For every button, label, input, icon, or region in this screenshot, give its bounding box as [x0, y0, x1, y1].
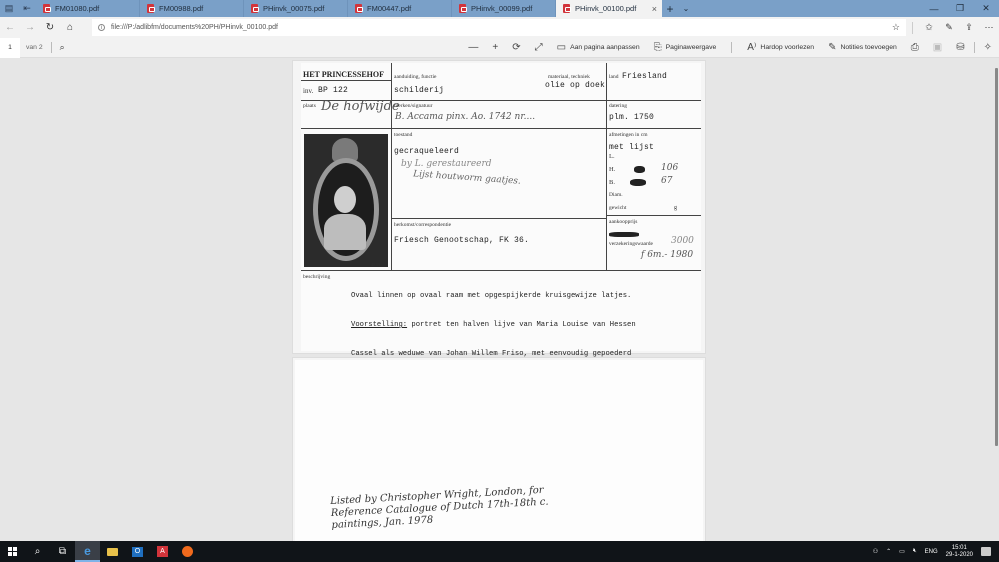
pdf-file-icon: [563, 4, 570, 13]
tab-phinvk-00075[interactable]: PHinvk_00075.pdf: [244, 0, 348, 17]
pen-icon: ✎: [828, 42, 836, 53]
search-button[interactable]: ⌕: [25, 541, 50, 562]
tab-phinvk-00099[interactable]: PHinvk_00099.pdf: [452, 0, 556, 17]
taskbar-outlook[interactable]: O: [125, 541, 150, 562]
share-icon[interactable]: ⇪: [959, 22, 979, 33]
toestand-handwritten-2: Lijst houtworm gaatjes.: [413, 169, 521, 187]
divider: [51, 42, 52, 53]
new-tab-button[interactable]: +: [662, 0, 678, 17]
read-aloud-icon: A⁾: [747, 42, 756, 53]
gewicht-label: gewicht: [609, 205, 626, 211]
save-icon: ▣: [933, 42, 942, 53]
address-bar-row: ← → ↻ ⌂ i file:///P:/adlibfm/documents%2…: [0, 17, 999, 38]
pdf-page-1: HET PRINCESSEHOF inv. BP 122 plaats De h…: [292, 60, 706, 354]
institution-name: HET PRINCESSEHOF: [303, 70, 384, 79]
expand-icon: ⤢: [535, 42, 543, 53]
merken-label: merken/signatuur: [394, 103, 433, 109]
pdf-viewer[interactable]: HET PRINCESSEHOF inv. BP 122 plaats De h…: [0, 58, 999, 541]
taskbar-acrobat[interactable]: A: [150, 541, 175, 562]
divider: [606, 215, 701, 216]
page-view-icon: ⎘: [654, 42, 662, 53]
diam-label: Diam.: [609, 192, 623, 198]
page-number-input[interactable]: 1: [0, 38, 20, 58]
more-icon[interactable]: ⋯: [979, 22, 999, 33]
clock[interactable]: 15:01 29-1-2020: [946, 545, 973, 559]
rotate-icon: ⟳: [512, 42, 520, 53]
scribble: [634, 166, 645, 173]
divider: [974, 42, 975, 53]
save-button[interactable]: ▣: [926, 38, 949, 58]
tab-menu-chevron-icon[interactable]: ⌄: [678, 0, 694, 17]
minimize-button[interactable]: —: [921, 0, 947, 17]
divider: [301, 270, 701, 271]
herkomst-value: Friesch Genootschap, FK 36.: [394, 236, 529, 245]
taskbar-file-explorer[interactable]: [100, 541, 125, 562]
divider: [391, 218, 606, 219]
plaats-handwritten: De hofwijde: [321, 99, 400, 114]
page-view-button[interactable]: ⎘Paginaweergave: [647, 38, 724, 58]
task-view-button[interactable]: ⧉: [50, 541, 75, 562]
plaats-label: plaats: [303, 103, 316, 109]
merken-handwritten: B. Accama pinx. Ao. 1742 nr....: [395, 112, 535, 122]
start-button[interactable]: [0, 541, 25, 562]
divider: [391, 63, 392, 270]
catalog-card: HET PRINCESSEHOF inv. BP 122 plaats De h…: [301, 63, 701, 351]
tab-phinvk-00100[interactable]: PHinvk_00100.pdf×: [556, 0, 662, 17]
inv-label: inv.: [303, 87, 313, 95]
close-tab-icon[interactable]: ×: [652, 4, 657, 14]
add-notes-button[interactable]: ✎Notities toevoegen: [821, 38, 904, 58]
datering-label: datering: [609, 103, 627, 109]
gewicht-unit: g: [674, 205, 677, 211]
url-input[interactable]: i file:///P:/adlibfm/documents%20PH/PHin…: [92, 19, 906, 36]
favorite-star-icon[interactable]: ☆: [892, 22, 900, 33]
search-icon[interactable]: ⌕: [60, 42, 65, 53]
zoom-in-button[interactable]: +: [485, 38, 505, 58]
web-note-pen-icon[interactable]: ✎: [939, 22, 959, 33]
portrait-photo: [304, 134, 388, 267]
info-icon[interactable]: i: [98, 24, 105, 31]
scribble: [630, 179, 646, 186]
verzekeringswaarde-label: verzekeringswaarde: [609, 241, 653, 247]
tab-preview-button[interactable]: ▤: [0, 0, 18, 17]
beschrijving-label: beschrijving: [303, 274, 330, 280]
materiaal-value: olie op doek: [545, 81, 605, 90]
height-value: 106: [661, 163, 678, 173]
pin-toolbar-button[interactable]: ✧: [977, 38, 999, 58]
vertical-scrollbar[interactable]: [995, 68, 998, 446]
fit-page-button[interactable]: ▭Aan pagina aanpassen: [550, 38, 647, 58]
pdf-file-icon: [355, 4, 362, 13]
close-window-button[interactable]: ✕: [973, 0, 999, 17]
divider: [301, 80, 391, 81]
print-button[interactable]: ⎙: [904, 38, 926, 58]
divider: [731, 42, 732, 53]
taskbar-edge[interactable]: e: [75, 541, 100, 562]
forward-button[interactable]: →: [20, 22, 40, 33]
people-icon[interactable]: ⚇: [873, 548, 878, 555]
herkomst-label: herkomst/correspondentie: [394, 222, 451, 228]
save-as-icon: ⛁: [956, 42, 964, 53]
windows-logo-icon: [8, 547, 17, 556]
page-count: van 2: [26, 44, 43, 51]
system-tray: ⚇ ⌃ ▭ 🔇︎ ENG 15:01 29-1-2020: [873, 545, 999, 559]
divider: [912, 22, 913, 34]
acrobat-icon: A: [157, 546, 168, 557]
height-label: H.: [609, 166, 615, 173]
rotate-button[interactable]: ⟳: [505, 38, 527, 58]
verzekeringswaarde-value: 3000: [671, 236, 694, 246]
width-value: 67: [661, 176, 672, 186]
task-view-icon: ⧉: [59, 546, 66, 557]
pdf-toolbar: 1 van 2 ⌕ — + ⟳ ⤢ ▭Aan pagina aanpassen …: [0, 38, 999, 58]
network-icon[interactable]: ▭: [899, 548, 905, 555]
land-label: land: [609, 74, 618, 80]
show-hidden-icons-chevron-icon[interactable]: ⌃: [886, 548, 891, 555]
aanduiding-value: schilderij: [394, 86, 444, 95]
datering-value: plm. 1750: [609, 113, 654, 122]
afmetingen-value: met lijst: [609, 143, 654, 152]
pdf-page-2: Listed by Christopher Wright, London, fo…: [292, 357, 706, 541]
pdf-file-icon: [43, 4, 50, 13]
aanduiding-label: aanduiding, functie: [394, 74, 436, 80]
fit-page-icon: ▭: [557, 42, 566, 53]
divider: [301, 128, 701, 129]
pdf-file-icon: [459, 4, 466, 13]
tab-fm01080[interactable]: FM01080.pdf: [36, 0, 140, 17]
tab-fm00447[interactable]: FM00447.pdf: [348, 0, 452, 17]
photo-caption: 40.13: [371, 262, 380, 267]
inv-value: BP 122: [318, 86, 348, 95]
back-button[interactable]: ←: [0, 22, 20, 33]
volume-muted-icon[interactable]: 🔇︎: [913, 548, 917, 555]
fullscreen-button[interactable]: ⤢: [528, 38, 550, 58]
afmetingen-label: afmetingen in cm: [609, 132, 648, 138]
width-label: B.: [609, 179, 615, 186]
handwritten-note: Listed by Christopher Wright, London, fo…: [330, 485, 550, 532]
zoom-out-button[interactable]: —: [461, 38, 485, 58]
favorites-icon[interactable]: ✩: [919, 22, 939, 33]
refresh-button[interactable]: ↻: [40, 22, 60, 33]
language-indicator[interactable]: ENG: [925, 549, 938, 555]
land-value: Friesland: [622, 72, 667, 81]
notifications-icon[interactable]: [981, 547, 991, 556]
folder-icon: [107, 548, 118, 556]
outlook-icon: O: [132, 547, 143, 557]
maximize-button[interactable]: ❐: [947, 0, 973, 17]
print-icon: ⎙: [911, 42, 919, 53]
pdf-file-icon: [251, 4, 258, 13]
toestand-label: toestand: [394, 132, 412, 138]
toestand-handwritten-1: by L. gerestaureerd: [401, 159, 492, 169]
taskbar-firefox[interactable]: [175, 541, 200, 562]
save-as-button[interactable]: ⛁: [949, 38, 971, 58]
search-icon: ⌕: [35, 546, 41, 557]
verzekeringswaarde-note: f 6m.- 1980: [641, 250, 693, 260]
tab-fm00988[interactable]: FM00988.pdf: [140, 0, 244, 17]
read-aloud-button[interactable]: A⁾Hardop voorlezen: [740, 38, 821, 58]
scribble: [609, 232, 639, 237]
aankoopprijs-label: aankoopprijs: [609, 219, 637, 225]
pin-icon: ✧: [984, 42, 992, 53]
pdf-file-icon: [147, 4, 154, 13]
length-label: L.: [609, 153, 615, 160]
set-aside-tabs-button[interactable]: ⇤: [18, 0, 36, 17]
edge-icon: e: [84, 544, 91, 558]
firefox-icon: [182, 546, 193, 557]
materiaal-label: materiaal, techniek: [548, 74, 590, 80]
home-button[interactable]: ⌂: [60, 22, 80, 33]
taskbar: ⌕ ⧉ e O A ⚇ ⌃ ▭ 🔇︎ ENG 15:01 29-1-2020: [0, 541, 999, 562]
toestand-value: gecraqueleerd: [394, 147, 459, 156]
tab-bar: ▤ ⇤ FM01080.pdf FM00988.pdf PHinvk_00075…: [0, 0, 999, 17]
divider: [606, 63, 607, 270]
